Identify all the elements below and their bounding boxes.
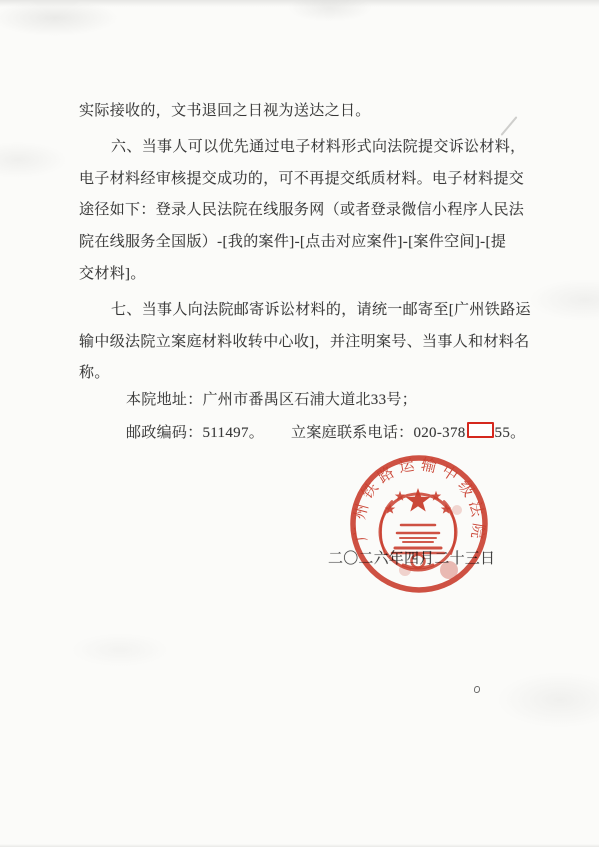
postal-and-phone-line: 邮政编码：511497。立案庭联系电话：020-37855。: [126, 417, 556, 450]
body-line: 途径如下：登录人民法院在线服务网（或者登录微信小程序人民法: [79, 195, 539, 227]
body-line: 院在线服务全国版）-[我的案件]-[点击对应案件]-[案件空间]-[提: [79, 227, 539, 259]
document-body: 实际接收的，文书退回之日视为送达之日。 六、当事人可以优先通过电子材料形式向法院…: [79, 96, 539, 390]
court-contact-block: 本院地址：广州市番禺区石浦大道北33号； 邮政编码：511497。立案庭联系电话…: [126, 384, 556, 449]
redaction-box: [467, 422, 494, 438]
body-line: 六、当事人可以优先通过电子材料形式向法院提交诉讼材料，: [79, 132, 539, 164]
official-seal-icon: 广州铁路运输中级法院: [345, 452, 493, 600]
body-line: 交材料]。: [79, 259, 539, 291]
scan-speck-artifact: [474, 686, 480, 693]
body-line: 输中级法院立案庭材料收转中心收]，并注明案号、当事人和材料名: [79, 327, 539, 359]
official-seal: 广州铁路运输中级法院: [345, 452, 493, 600]
body-line: 电子材料经审核提交成功的，可不再提交纸质材料。电子材料提交: [79, 164, 539, 196]
body-line: 七、当事人向法院邮寄诉讼材料的，请统一邮寄至[广州铁路运: [79, 295, 539, 327]
scanned-court-notice-page: 实际接收的，文书退回之日视为送达之日。 六、当事人可以优先通过电子材料形式向法院…: [0, 0, 599, 847]
filing-phone-suffix: 55。: [495, 425, 526, 441]
court-address-line: 本院地址：广州市番禺区石浦大道北33号；: [126, 384, 556, 417]
postal-code: 邮政编码：511497。: [126, 425, 264, 441]
filing-phone-prefix: 立案庭联系电话：020-378: [291, 425, 466, 441]
body-line: 实际接收的，文书退回之日视为送达之日。: [79, 96, 539, 128]
